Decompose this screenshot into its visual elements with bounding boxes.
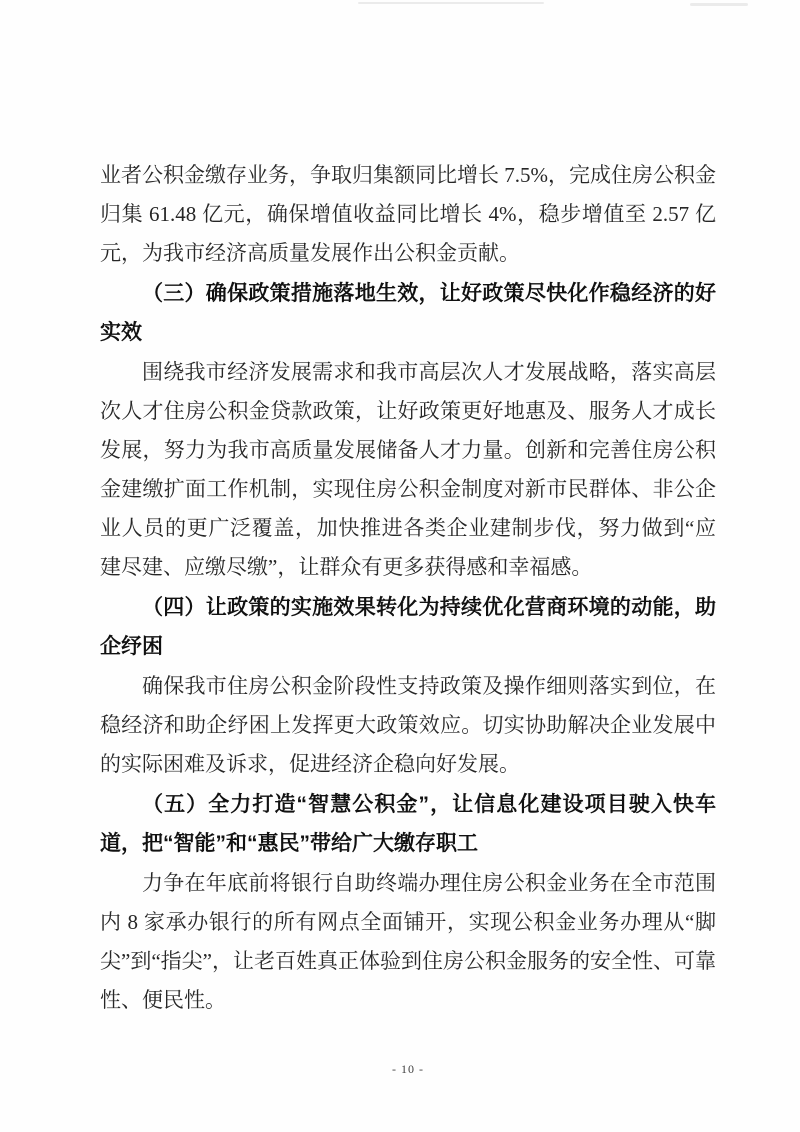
paragraph: 确保我市住房公积金阶段性支持政策及操作细则落实到位，在稳经济和助企纾困上发挥更大… <box>100 667 716 784</box>
scan-artifact <box>358 2 544 4</box>
document-body: 业者公积金缴存业务，争取归集额同比增长 7.5%，完成住房公积金归集 61.48… <box>100 156 716 1020</box>
paragraph: 围绕我市经济发展需求和我市高层次人才发展战略，落实高层次人才住房公积金贷款政策，… <box>100 353 716 587</box>
section-heading: （三）确保政策措施落地生效，让好政策尽快化作稳经济的好实效 <box>100 274 716 352</box>
paragraph: 力争在年底前将银行自助终端办理住房公积金业务在全市范围内 8 家承办银行的所有网… <box>100 864 716 1020</box>
section-heading: （四）让政策的实施效果转化为持续优化营商环境的动能，助企纾困 <box>100 588 716 666</box>
scan-artifact <box>690 3 748 6</box>
document-page: 业者公积金缴存业务，争取归集额同比增长 7.5%，完成住房公积金归集 61.48… <box>0 0 800 1132</box>
paragraph: 业者公积金缴存业务，争取归集额同比增长 7.5%，完成住房公积金归集 61.48… <box>100 156 716 273</box>
section-heading: （五）全力打造“智慧公积金”，让信息化建设项目驶入快车道，把“智能”和“惠民”带… <box>100 785 716 863</box>
page-number: - 10 - <box>100 1062 716 1077</box>
